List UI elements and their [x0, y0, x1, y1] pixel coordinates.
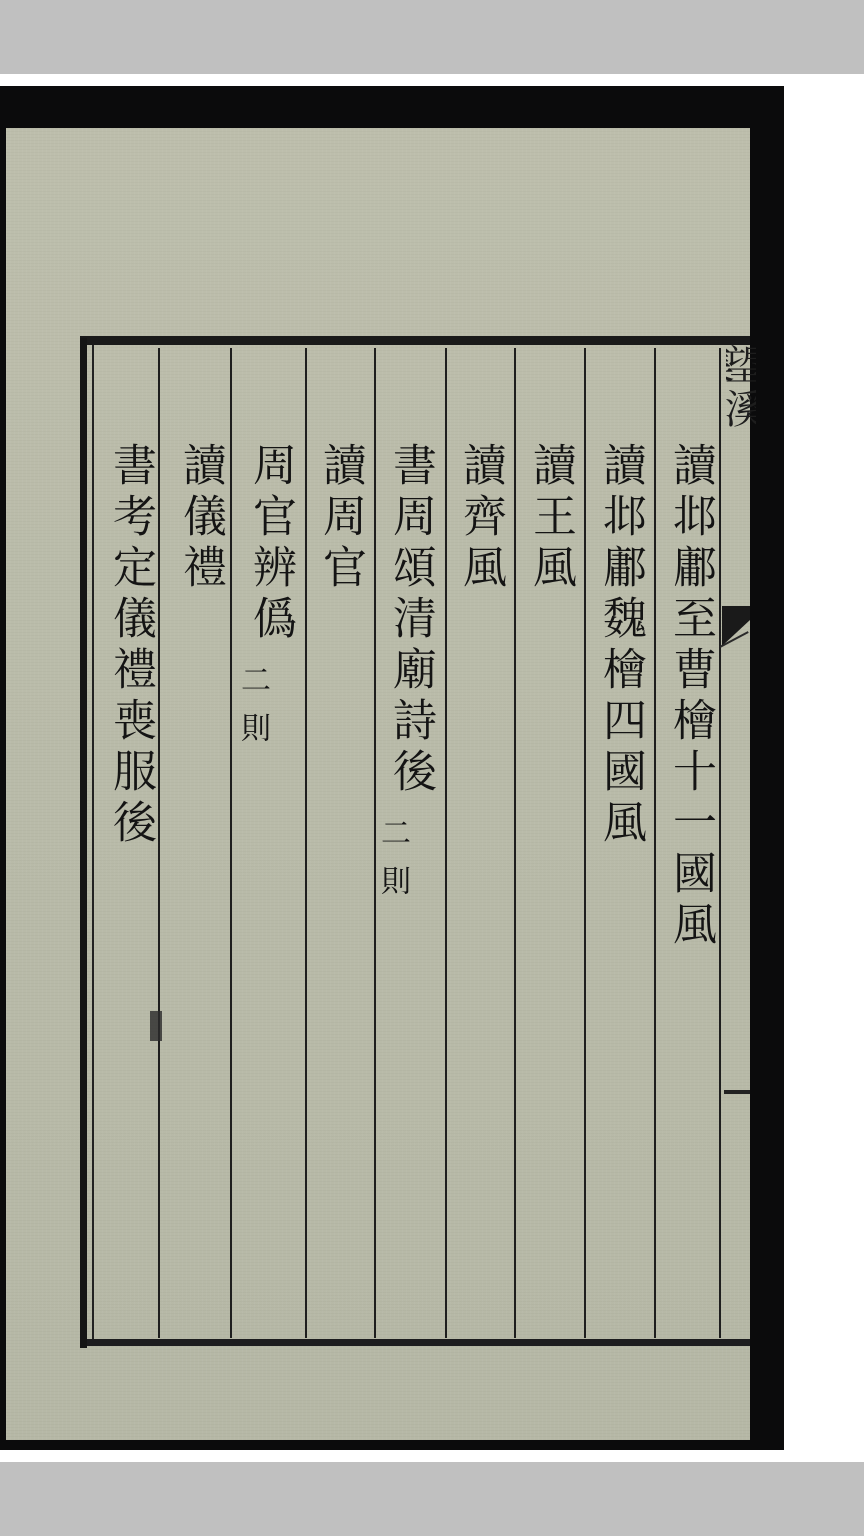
edge-book-title: 望溪集	[726, 344, 756, 474]
page-number-mark	[150, 1011, 162, 1041]
frame-left-inner-line	[92, 345, 94, 1339]
toc-entry-title: 讀儀禮	[175, 442, 226, 595]
frame-left-border	[80, 338, 87, 1348]
column-rule	[230, 348, 232, 1338]
viewer-bottom-bar	[0, 1462, 864, 1536]
toc-entry: 周官辨僞二則	[240, 442, 300, 760]
toc-entry-title: 讀齊風	[455, 442, 506, 595]
toc-entry-title: 書周頌清廟詩後	[385, 442, 436, 799]
viewer-top-bar	[0, 0, 864, 74]
toc-entry: 讀邶鄘魏檜四國風	[590, 442, 650, 850]
frame-top-border	[80, 336, 750, 345]
column-rule	[514, 348, 516, 1338]
toc-entry-note: 二則	[362, 817, 422, 913]
column-rule	[584, 348, 586, 1338]
toc-entry: 讀邶鄘至曹檜十一國風	[660, 442, 720, 952]
toc-entry: 書周頌清廟詩後二則	[380, 442, 440, 913]
toc-entry: 讀齊風	[450, 442, 510, 595]
toc-entry-title: 讀邶鄘至曹檜十一國風	[665, 442, 716, 952]
frame-bottom-border	[80, 1339, 750, 1346]
column-rule	[445, 348, 447, 1338]
toc-entry: 讀周官	[310, 442, 370, 595]
toc-entry-note: 二則	[222, 664, 282, 760]
toc-entry-title: 讀周官	[315, 442, 366, 595]
toc-entry: 讀王風	[520, 442, 580, 595]
toc-entry-title: 書考定儀禮喪服後	[105, 442, 156, 850]
scanned-page: 望溪集 讀邶鄘至曹檜十一國風 讀邶鄘魏檜四國風 讀王風 讀齊風 書周頌清廟詩後二…	[0, 86, 784, 1450]
column-rule	[305, 348, 307, 1338]
toc-entry-title: 讀邶鄘魏檜四國風	[595, 442, 646, 850]
center-fold-dash	[724, 1090, 750, 1094]
column-rule	[654, 348, 656, 1338]
toc-entry-title: 周官辨僞	[245, 442, 296, 646]
toc-entry-title: 讀王風	[525, 442, 576, 595]
toc-entry: 讀儀禮	[170, 442, 230, 595]
toc-entry: 書考定儀禮喪服後	[100, 442, 160, 850]
